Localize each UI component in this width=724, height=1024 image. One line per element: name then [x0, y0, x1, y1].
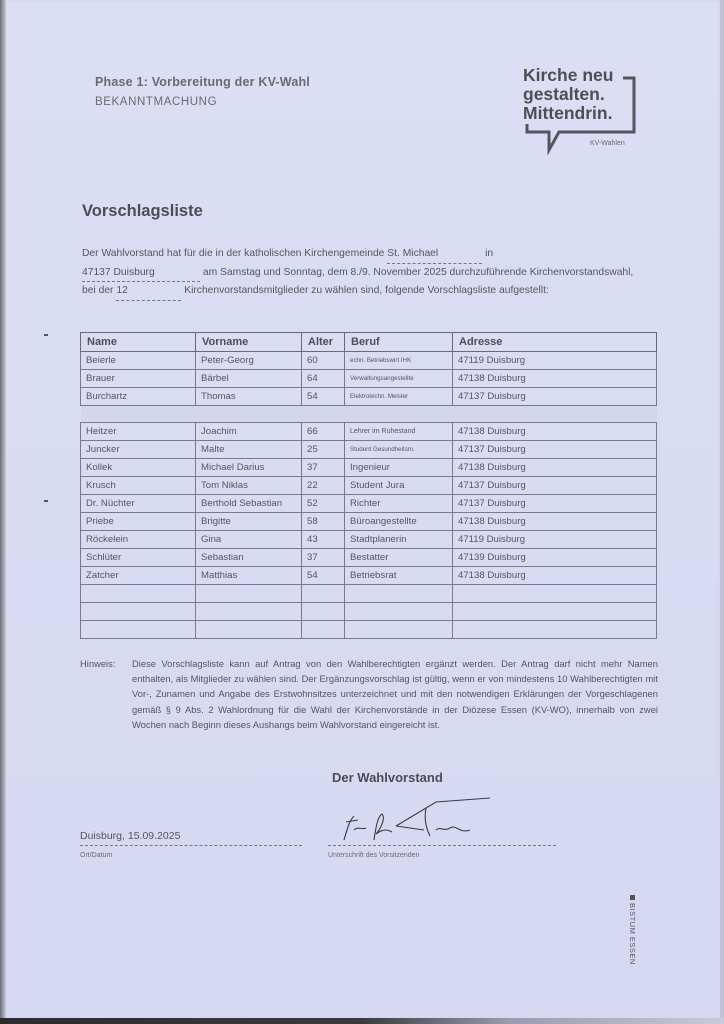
empty-cell	[345, 585, 453, 603]
table-row: ZatcherMatthias54Betriebsrat47138 Duisbu…	[81, 567, 657, 585]
cell-vorname: Thomas	[196, 388, 302, 406]
table-row: BeierlePeter-Georg60echn. Betriebswirt I…	[81, 352, 657, 370]
cell-vorname: Berthold Sebastian	[196, 495, 302, 513]
members-count-field: 12	[116, 282, 181, 301]
signature-image	[340, 796, 500, 846]
cell-vorname: Joachim	[196, 423, 302, 441]
cell-adresse: 47137 Duisburg	[453, 388, 657, 406]
cell-alter: 22	[302, 477, 345, 495]
cell-alter: 58	[302, 513, 345, 531]
cell-name: Burchartz	[81, 388, 196, 406]
empty-cell	[81, 406, 196, 423]
cell-adresse: 47137 Duisburg	[453, 495, 657, 513]
cell-beruf: Student Gesundheitsm.	[345, 441, 453, 459]
table-gap-row	[81, 406, 657, 423]
empty-cell	[453, 585, 657, 603]
brand-text: BISTUM ESSEN	[628, 903, 637, 965]
cell-name: Dr. Nüchter	[81, 495, 196, 513]
intro-text: in	[482, 248, 493, 259]
cell-beruf: Büroangestellte	[345, 513, 453, 531]
column-header-vorname: Vorname	[196, 333, 302, 352]
brand-square-icon	[630, 895, 635, 900]
cell-adresse: 47137 Duisburg	[453, 441, 657, 459]
intro-text: Der Wahlvorstand hat für die in der kath…	[82, 248, 387, 259]
table-row: KruschTom Niklas22Student Jura47137 Duis…	[81, 477, 657, 495]
cell-beruf: Richter	[345, 495, 453, 513]
city-field: 47137 Duisburg	[82, 264, 200, 283]
logo-subtitle: KV-Wahlen	[590, 140, 625, 147]
cell-name: Schlüter	[81, 549, 196, 567]
cell-alter: 60	[302, 352, 345, 370]
table-row: PriebeBrigitte58Büroangestellte47138 Dui…	[81, 513, 657, 531]
cell-name: Kollek	[81, 459, 196, 477]
signature-label: Unterschrift des Vorsitzenden	[328, 852, 419, 859]
cell-vorname: Gina	[196, 531, 302, 549]
cell-adresse: 47139 Duisburg	[453, 549, 657, 567]
candidate-table: Name Vorname Alter Beruf Adresse Beierle…	[80, 332, 657, 639]
table-row: SchlüterSebastian37Bestatter47139 Duisbu…	[81, 549, 657, 567]
empty-cell	[196, 603, 302, 621]
cell-beruf: Lehrer im Ruhestand	[345, 423, 453, 441]
empty-cell	[302, 585, 345, 603]
table-row: RöckeleinGina43Stadtplanerin47119 Duisbu…	[81, 531, 657, 549]
cell-alter: 66	[302, 423, 345, 441]
empty-cell	[196, 585, 302, 603]
empty-table-row	[81, 603, 657, 621]
cell-beruf: Verwaltungsangestellte	[345, 370, 453, 388]
parish-field: St. Michael	[387, 245, 482, 264]
kv-wahlen-logo: Kirche neu gestalten. Mittendrin. KV-Wah…	[523, 66, 643, 156]
cell-beruf: Elektrotechn. Meister	[345, 388, 453, 406]
table-row: JunckerMalte25Student Gesundheitsm.47137…	[81, 441, 657, 459]
empty-table-row	[81, 585, 657, 603]
column-header-alter: Alter	[302, 333, 345, 352]
empty-cell	[453, 621, 657, 639]
cell-vorname: Tom Niklas	[196, 477, 302, 495]
empty-cell	[81, 603, 196, 621]
cell-name: Priebe	[81, 513, 196, 531]
cell-alter: 64	[302, 370, 345, 388]
empty-cell	[302, 603, 345, 621]
cell-vorname: Sebastian	[196, 549, 302, 567]
intro-text: Kirchenvorstandsmitglieder zu wählen sin…	[181, 285, 548, 296]
cell-vorname: Matthias	[196, 567, 302, 585]
cell-alter: 37	[302, 549, 345, 567]
cell-name: Krusch	[81, 477, 196, 495]
cell-name: Brauer	[81, 370, 196, 388]
column-header-adresse: Adresse	[453, 333, 657, 352]
empty-cell	[345, 406, 453, 423]
cell-adresse: 47137 Duisburg	[453, 477, 657, 495]
empty-cell	[81, 621, 196, 639]
empty-cell	[345, 603, 453, 621]
election-board-heading: Der Wahlvorstand	[332, 770, 443, 785]
cell-name: Zatcher	[81, 567, 196, 585]
cell-vorname: Peter-Georg	[196, 352, 302, 370]
table-row: KollekMichael Darius37Ingenieur47138 Dui…	[81, 459, 657, 477]
empty-table-row	[81, 621, 657, 639]
intro-paragraph: Der Wahlvorstand hat für die in der kath…	[82, 245, 642, 301]
cell-alter: 52	[302, 495, 345, 513]
page-title: Vorschlagsliste	[82, 202, 203, 221]
place-date-label: Ort/Datum	[80, 852, 112, 859]
empty-cell	[302, 621, 345, 639]
cell-alter: 43	[302, 531, 345, 549]
phase-heading: Phase 1: Vorbereitung der KV-Wahl	[95, 75, 310, 89]
scan-mark	[44, 334, 48, 336]
logo-line-1: Kirche neu	[523, 66, 613, 85]
cell-alter: 25	[302, 441, 345, 459]
notice-label: Hinweis:	[80, 656, 115, 671]
cell-beruf: Student Jura	[345, 477, 453, 495]
table-header-row: Name Vorname Alter Beruf Adresse	[81, 333, 657, 352]
cell-beruf: Betriebsrat	[345, 567, 453, 585]
table-row: Dr. NüchterBerthold Sebastian52Richter47…	[81, 495, 657, 513]
cell-name: Beierle	[81, 352, 196, 370]
logo-line-3: Mittendrin.	[523, 104, 613, 123]
cell-beruf: echn. Betriebswirt IHK	[345, 352, 453, 370]
column-header-beruf: Beruf	[345, 333, 453, 352]
table-row: BurchartzThomas54Elektrotechn. Meister47…	[81, 388, 657, 406]
empty-cell	[81, 585, 196, 603]
cell-adresse: 47138 Duisburg	[453, 513, 657, 531]
cell-name: Juncker	[81, 441, 196, 459]
cell-alter: 37	[302, 459, 345, 477]
place-date-line	[80, 845, 302, 846]
scan-mark	[44, 500, 48, 502]
cell-name: Heitzer	[81, 423, 196, 441]
cell-alter: 54	[302, 567, 345, 585]
empty-cell	[453, 406, 657, 423]
table-row: BrauerBärbel64Verwaltungsangestellte4713…	[81, 370, 657, 388]
table-row: HeitzerJoachim66Lehrer im Ruhestand47138…	[81, 423, 657, 441]
cell-adresse: 47119 Duisburg	[453, 352, 657, 370]
cell-beruf: Bestatter	[345, 549, 453, 567]
cell-vorname: Michael Darius	[196, 459, 302, 477]
scan-edge-bottom	[0, 1018, 724, 1024]
signature-line	[328, 845, 556, 846]
empty-cell	[196, 621, 302, 639]
cell-adresse: 47138 Duisburg	[453, 370, 657, 388]
bistum-essen-brand: BISTUM ESSEN	[628, 895, 637, 965]
announcement-label: BEKANNTMACHUNG	[95, 96, 217, 108]
cell-name: Röckelein	[81, 531, 196, 549]
column-header-name: Name	[81, 333, 196, 352]
cell-adresse: 47138 Duisburg	[453, 423, 657, 441]
cell-vorname: Brigitte	[196, 513, 302, 531]
cell-adresse: 47138 Duisburg	[453, 567, 657, 585]
place-date-value: Duisburg, 15.09.2025	[80, 830, 180, 842]
notice-text: Diese Vorschlagsliste kann auf Antrag vo…	[132, 656, 658, 732]
cell-beruf: Ingenieur	[345, 459, 453, 477]
scan-edge-right	[720, 0, 724, 1024]
cell-adresse: 47119 Duisburg	[453, 531, 657, 549]
cell-alter: 54	[302, 388, 345, 406]
empty-cell	[196, 406, 302, 423]
cell-vorname: Malte	[196, 441, 302, 459]
empty-cell	[302, 406, 345, 423]
logo-line-2: gestalten.	[523, 85, 613, 104]
cell-beruf: Stadtplanerin	[345, 531, 453, 549]
empty-cell	[453, 603, 657, 621]
empty-cell	[345, 621, 453, 639]
cell-vorname: Bärbel	[196, 370, 302, 388]
cell-adresse: 47138 Duisburg	[453, 459, 657, 477]
notice-block: Hinweis: Diese Vorschlagsliste kann auf …	[80, 656, 658, 732]
